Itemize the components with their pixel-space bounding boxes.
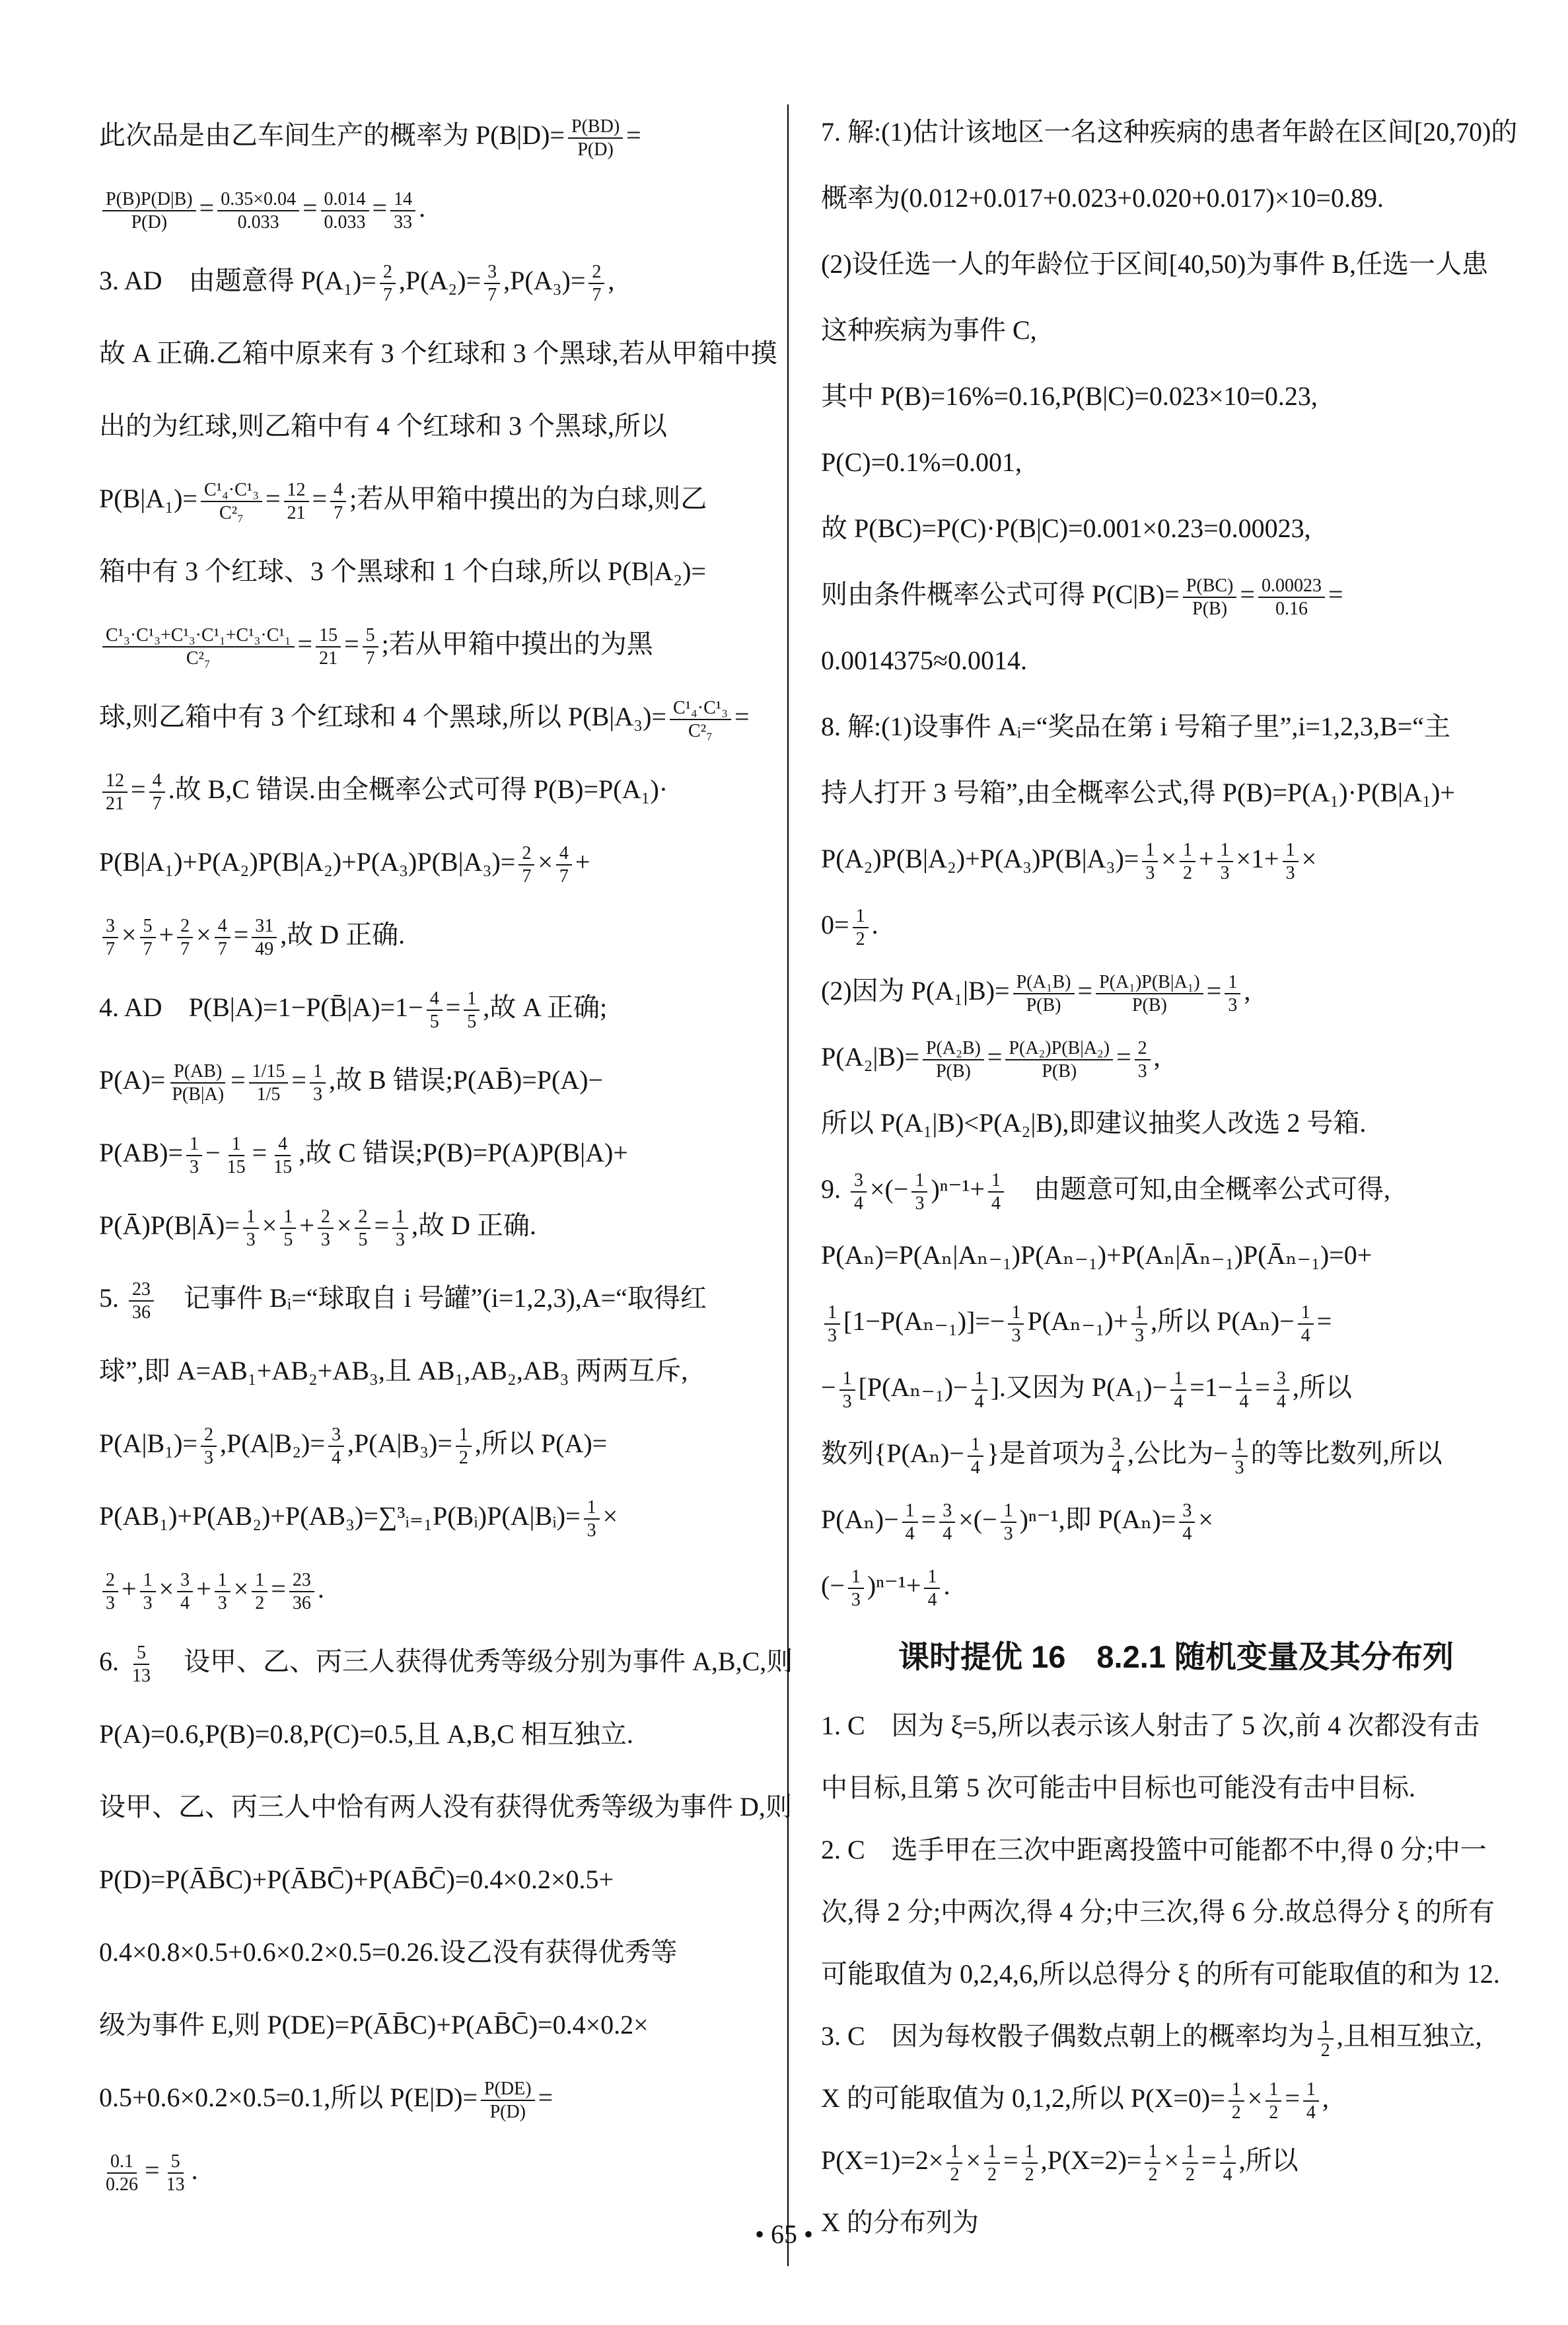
- text-line: 3. C 因为每枚骰子偶数点朝上的概率均为12,且相互独立,: [821, 2005, 1531, 2067]
- text-line: 中目标,且第 5 次可能击中目标也可能没有击中目标.: [821, 1757, 1531, 1819]
- text-line: P(B)P(D|B)P(D)=0.35×0.040.033=0.0140.033…: [99, 172, 766, 244]
- text-line: (−13)ⁿ⁻¹+14.: [821, 1553, 1531, 1619]
- text-line: 0.10.26=513.: [99, 2134, 766, 2207]
- text-line: 其中 P(B)=16%=0.16,P(B|C)=0.023×10=0.23,: [821, 363, 1531, 429]
- text-line: 0=12.: [821, 892, 1531, 958]
- page-number: • 65 •: [0, 2219, 1568, 2250]
- text-line: 故 A 正确.乙箱中原来有 3 个红球和 3 个黑球,若从甲箱中摸: [99, 317, 766, 390]
- right-column: 7. 解:(1)估计该地区一名这种疾病的患者年龄在区间[20,70)的概率为(0…: [821, 99, 1531, 2254]
- text-line: X 的可能取值为 0,1,2,所以 P(X=0)=12×12=14,: [821, 2067, 1531, 2129]
- text-line: 7. 解:(1)估计该地区一名这种疾病的患者年龄在区间[20,70)的: [821, 99, 1531, 165]
- section-header: 课时提优 16 8.2.1 随机变量及其分布列: [821, 1619, 1531, 1695]
- text-line: P(AB)=13−115=415,故 C 错误;P(B)=P(A)P(B|A)+: [99, 1117, 766, 1189]
- text-line: 箱中有 3 个红球、3 个黑球和 1 个白球,所以 P(B|A₂)=: [99, 535, 766, 608]
- text-line: 1221=47.故 B,C 错误.由全概率公式可得 P(B)=P(A₁)·: [99, 753, 766, 826]
- text-line: P(Aₙ)=P(Aₙ|Aₙ₋₁)P(Aₙ₋₁)+P(Aₙ|Āₙ₋₁)P(Āₙ₋₁…: [821, 1222, 1531, 1288]
- text-line: P(Ā)P(B|Ā)=13×15+23×25=13,故 D 正确.: [99, 1189, 766, 1262]
- text-line: 可能取值为 0,2,4,6,所以总得分 ξ 的所有可能取值的和为 12.: [821, 1943, 1531, 2005]
- text-line: 9. 34×(−13)ⁿ⁻¹+14 由题意可知,由全概率公式可得,: [821, 1156, 1531, 1222]
- text-line: 5. 2336 记事件 Bᵢ=“球取自 i 号罐”(i=1,2,3),A=“取得…: [99, 1262, 766, 1335]
- text-line: 此次品是由乙车间生产的概率为 P(B|D)=P(BD)P(D)=: [99, 99, 766, 172]
- text-line: 3. AD 由题意得 P(A₁)=27,P(A₂)=37,P(A₃)=27,: [99, 244, 766, 317]
- text-line: 13[1−P(Aₙ₋₁)]=−13P(Aₙ₋₁)+13,所以 P(Aₙ)−14=: [821, 1288, 1531, 1354]
- text-line: 0.4×0.8×0.5+0.6×0.2×0.5=0.26.设乙没有获得优秀等: [99, 1916, 766, 1989]
- text-line: 8. 解:(1)设事件 Aᵢ=“奖品在第 i 号箱子里”,i=1,2,3,B=“…: [821, 694, 1531, 760]
- text-line: 4. AD P(B|A)=1−P(B̄|A)=1−45=15,故 A 正确;: [99, 971, 766, 1044]
- text-line: 0.5+0.6×0.2×0.5=0.1,所以 P(E|D)=P(DE)P(D)=: [99, 2061, 766, 2134]
- text-line: (2)设任选一人的年龄位于区间[40,50)为事件 B,任选一人患: [821, 231, 1531, 297]
- text-line: P(C)=0.1%=0.001,: [821, 429, 1531, 496]
- text-line: 2. C 选手甲在三次中距离投篮中可能都不中,得 0 分;中一: [821, 1819, 1531, 1881]
- text-line: 出的为红球,则乙箱中有 4 个红球和 3 个黑球,所以: [99, 390, 766, 462]
- text-line: 级为事件 E,则 P(DE)=P(ĀB̄C)+P(AB̄C̄)=0.4×0.2×: [99, 1989, 766, 2061]
- text-line: 6. 513 设甲、乙、丙三人获得优秀等级分别为事件 A,B,C,则: [99, 1625, 766, 1698]
- text-line: 次,得 2 分;中两次,得 4 分;中三次,得 6 分.故总得分 ξ 的所有: [821, 1881, 1531, 1943]
- text-line: P(B|A₁)=C¹₄·C¹₃C²₇=1221=47;若从甲箱中摸出的为白球,则…: [99, 462, 766, 535]
- text-line: 1. C 因为 ξ=5,所以表示该人射击了 5 次,前 4 次都没有击: [821, 1695, 1531, 1757]
- text-line: P(A)=P(AB)P(B|A)=1/151/5=13,故 B 错误;P(AB̄…: [99, 1044, 766, 1117]
- text-line: 23+13×34+13×12=2336.: [99, 1553, 766, 1625]
- text-line: 球,则乙箱中有 3 个红球和 4 个黑球,所以 P(B|A₃)=C¹₄·C¹₃C…: [99, 681, 766, 753]
- right-column-top: 7. 解:(1)估计该地区一名这种疾病的患者年龄在区间[20,70)的概率为(0…: [821, 99, 1531, 1619]
- text-line: 球”,即 A=AB₁+AB₂+AB₃,且 AB₁,AB₂,AB₃ 两两互斥,: [99, 1335, 766, 1407]
- text-line: 持人打开 3 号箱”,由全概率公式,得 P(B)=P(A₁)·P(B|A₁)+: [821, 760, 1531, 826]
- text-line: −13[P(Aₙ₋₁)−14].又因为 P(A₁)−14=1−14=34,所以: [821, 1354, 1531, 1421]
- right-column-bottom: 1. C 因为 ξ=5,所以表示该人射击了 5 次,前 4 次都没有击中目标,且…: [821, 1695, 1531, 2254]
- text-line: 0.0014375≈0.0014.: [821, 628, 1531, 694]
- text-line: 所以 P(A₁|B)<P(A₂|B),即建议抽奖人改选 2 号箱.: [821, 1090, 1531, 1156]
- text-line: 数列{P(Aₙ)−14}是首项为34,公比为−13的等比数列,所以: [821, 1421, 1531, 1487]
- text-line: P(B|A₁)+P(A₂)P(B|A₂)+P(A₃)P(B|A₃)=27×47+: [99, 826, 766, 899]
- text-line: 设甲、乙、丙三人中恰有两人没有获得优秀等级为事件 D,则: [99, 1771, 766, 1843]
- column-divider: [787, 104, 789, 2266]
- text-line: 37×57+27×47=3149,故 D 正确.: [99, 899, 766, 971]
- left-column: 此次品是由乙车间生产的概率为 P(B|D)=P(BD)P(D)=P(B)P(D|…: [99, 99, 766, 2207]
- text-line: C¹₃·C¹₃+C¹₃·C¹₁+C¹₃·C¹₁C²₇=1521=57;若从甲箱中…: [99, 608, 766, 681]
- text-line: P(A₂)P(B|A₂)+P(A₃)P(B|A₃)=13×12+13×1+13×: [821, 826, 1531, 892]
- text-line: P(D)=P(ĀB̄C)+P(ĀBC̄)+P(AB̄C̄)=0.4×0.2×0.…: [99, 1843, 766, 1916]
- text-line: P(Aₙ)−14=34×(−13)ⁿ⁻¹,即 P(Aₙ)=34×: [821, 1487, 1531, 1553]
- text-line: P(A₂|B)=P(A₂B)P(B)=P(A₂)P(B|A₂)P(B)=23,: [821, 1024, 1531, 1090]
- text-line: 概率为(0.012+0.017+0.023+0.020+0.017)×10=0.…: [821, 165, 1531, 231]
- text-line: (2)因为 P(A₁|B)=P(A₁B)P(B)=P(A₁)P(B|A₁)P(B…: [821, 958, 1531, 1024]
- text-line: P(A)=0.6,P(B)=0.8,P(C)=0.5,且 A,B,C 相互独立.: [99, 1698, 766, 1771]
- text-line: 这种疾病为事件 C,: [821, 297, 1531, 363]
- text-line: P(X=1)=2×12×12=12,P(X=2)=12×12=14,所以: [821, 2129, 1531, 2192]
- text-line: P(AB₁)+P(AB₂)+P(AB₃)=∑³ᵢ₌₁P(Bᵢ)P(A|Bᵢ)=1…: [99, 1480, 766, 1553]
- text-line: P(A|B₁)=23,P(A|B₂)=34,P(A|B₃)=12,所以 P(A)…: [99, 1407, 766, 1480]
- text-line: 则由条件概率公式可得 P(C|B)=P(BC)P(B)=0.000230.16=: [821, 562, 1531, 628]
- text-line: 故 P(BC)=P(C)·P(B|C)=0.001×0.23=0.00023,: [821, 496, 1531, 562]
